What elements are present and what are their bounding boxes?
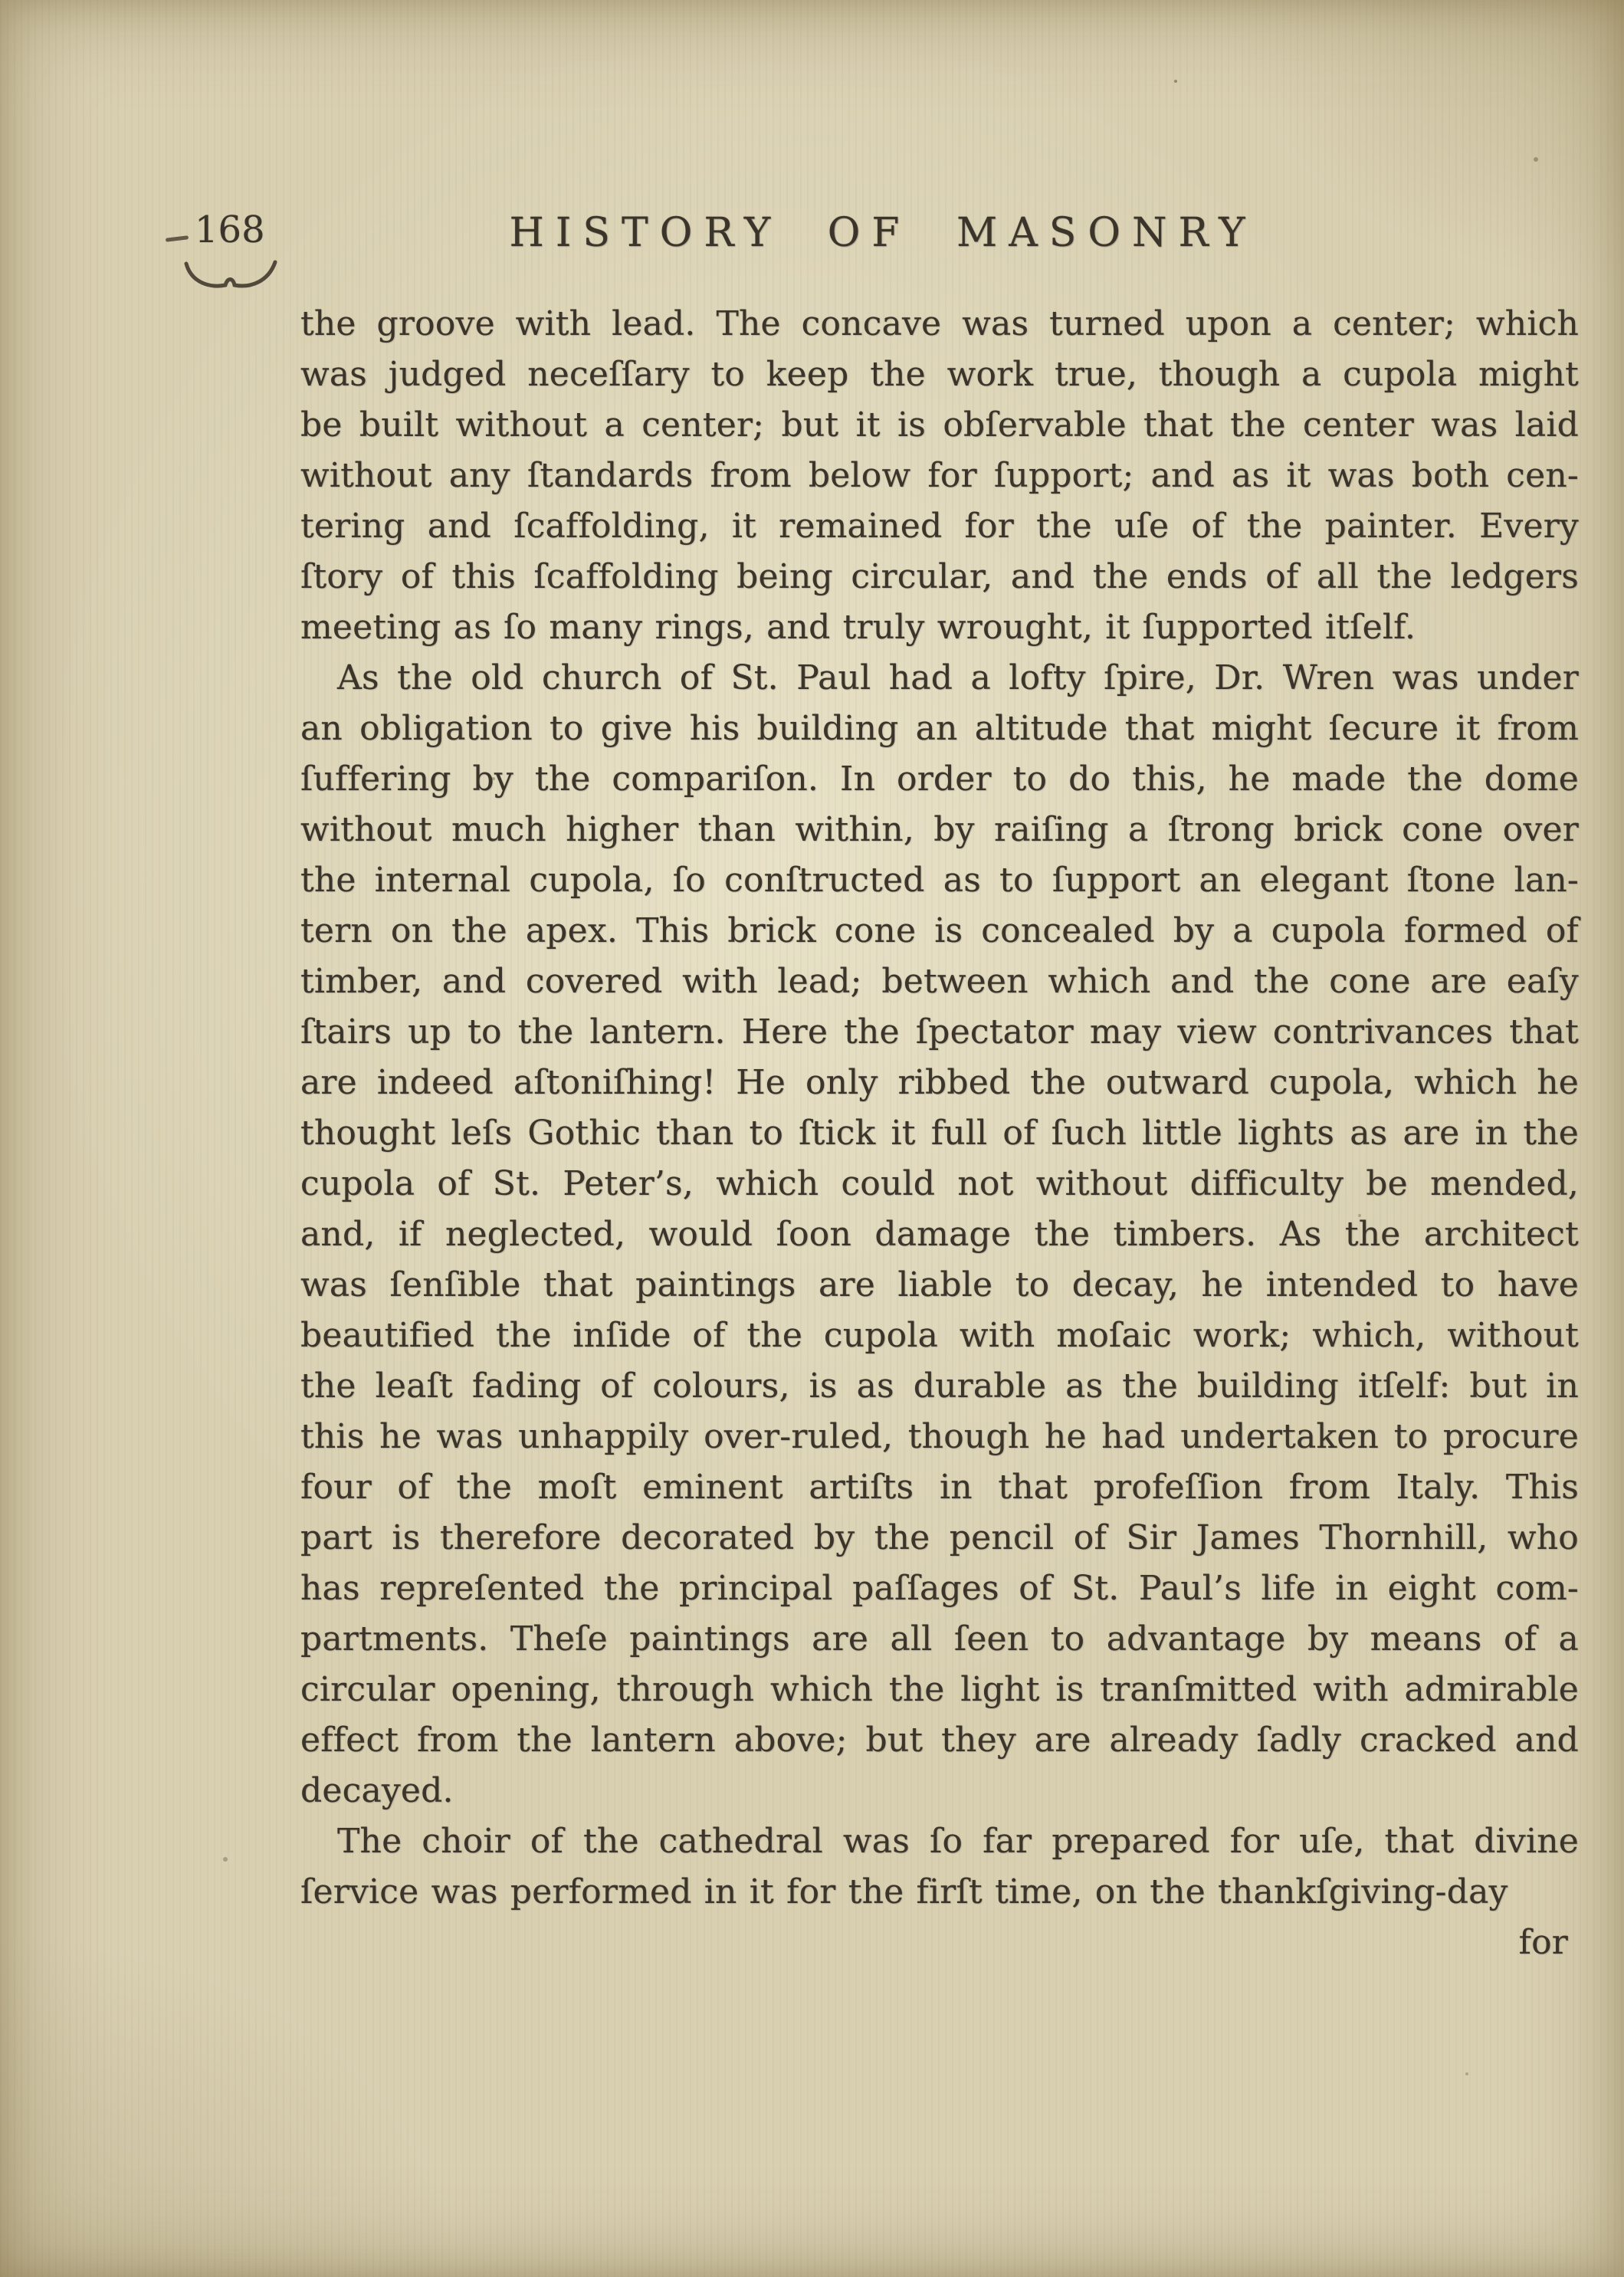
text-line: the internal cupola, ſo conſtructed as t… [300,855,1579,906]
text-line: partments. Theſe paintings are all ſeen … [300,1614,1579,1665]
text-line: ſtairs up to the lantern. Here the ſpect… [300,1007,1579,1058]
text-line: beautified the inſide of the cupola with… [300,1311,1579,1361]
text-line: circular opening, through which the ligh… [300,1665,1579,1715]
running-header-title: HISTORY OF MASONRY [300,213,1465,253]
text-line: cupola of St. Peter’s, which could not w… [300,1159,1579,1209]
text-line: tering and ſcaffolding, it remained for … [300,501,1579,552]
text-line: effect from the lantern above; but they … [300,1715,1579,1766]
paragraph-3: The choir of the cathedral was ſo far pr… [300,1816,1579,1918]
pen-mark-dash [166,235,189,242]
text-line: are indeed aſtoniſhing! He only ribbed t… [300,1058,1579,1108]
catchword: for [300,1918,1579,1968]
text-line: ſuffering by the compariſon. In order to… [300,754,1579,805]
paper-specks [1174,80,1177,83]
text-line: four of the moſt eminent artiſts in that… [300,1462,1579,1513]
text-line: the groove with lead. The concave was tu… [300,299,1579,349]
paragraph-2: As the old church of St. Paul had a loft… [300,653,1579,1816]
page-number: 168 [195,212,265,248]
text-line: part is therefore decorated by the penci… [300,1513,1579,1563]
brace-swash-ornament [182,258,279,297]
text-line: has repreſented the principal paſſages o… [300,1563,1579,1614]
text-line: without any ſtandards from below for ſup… [300,451,1579,501]
text-line: ſtory of this ſcaffolding being circular… [300,552,1579,602]
text-line: thought leſs Gothic than to ſtick it ful… [300,1108,1579,1159]
text-line: and, if neglected, would ſoon damage the… [300,1209,1579,1260]
text-line: decayed. [300,1766,1579,1816]
text-line: an obligation to give his building an al… [300,704,1579,754]
text-line: The choir of the cathedral was ſo far pr… [300,1816,1579,1867]
text-line: was ſenſible that paintings are liable t… [300,1260,1579,1311]
text-line: ſervice was performed in it for the firſ… [300,1867,1579,1918]
text-line: As the old church of St. Paul had a loft… [300,653,1579,704]
text-line: without much higher than within, by raiſ… [300,805,1579,855]
text-line: meeting as ſo many rings, and truly wrou… [300,602,1579,653]
text-line: be built without a center; but it is obſ… [300,400,1579,451]
text-line: was judged neceſſary to keep the work tr… [300,349,1579,400]
book-page-scan: 168 HISTORY OF MASONRY the groove with l… [0,0,1624,2277]
body-text: the groove with lead. The concave was tu… [300,299,1579,1968]
paragraph-1: the groove with lead. The concave was tu… [300,299,1579,653]
text-line: timber, and covered with lead; between w… [300,956,1579,1007]
text-line: this he was unhappily over-ruled, though… [300,1412,1579,1462]
text-line: the leaſt fading of colours, is as durab… [300,1361,1579,1412]
text-line: tern on the apex. This brick cone is con… [300,906,1579,956]
